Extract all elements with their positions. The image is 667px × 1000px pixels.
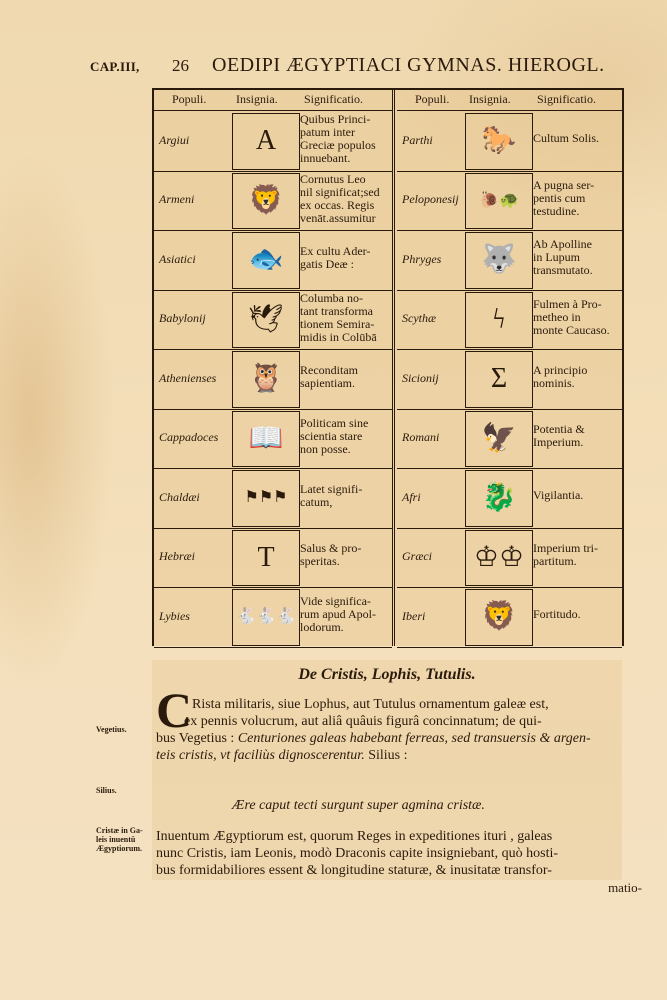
table-row: Phryges🐺Ab Apollinein Lupumtransmutato.: [397, 230, 622, 291]
section-title: De Cristis, Lophis, Tutulis.: [152, 666, 622, 684]
horse-icon: 🐎: [465, 113, 533, 170]
insignia-glyph: 🐎: [482, 127, 517, 155]
significatio-line: innuebant.: [300, 152, 376, 165]
text-line: Rista militaris, siue Lophus, aut Tutulu…: [192, 696, 622, 713]
significatio-line: speritas.: [300, 555, 361, 568]
insignia-glyph: ϟ: [493, 306, 506, 334]
tripartite-crowns-icon: ♔♔: [465, 530, 533, 587]
insignia-glyph: T: [257, 544, 274, 572]
insignia-glyph: 🦁: [249, 187, 284, 215]
significatio-line: Fortitudo.: [533, 608, 581, 621]
table-row: Athenienses🦉Reconditamsapientiam.: [154, 349, 392, 410]
horned-lion-icon: 🦁: [232, 173, 300, 230]
tau-letter-T-icon: T: [232, 530, 300, 587]
populi-name: Phryges: [402, 252, 441, 267]
table-row: Peloponesij🐌🐢A pugna ser-pentis cumtestu…: [397, 171, 622, 232]
col-header-insignia: Insignia.: [236, 92, 278, 107]
significatio-line: scientia stare: [300, 430, 368, 443]
three-hares-icon: 🐇🐇🐇: [232, 589, 300, 646]
populi-name: Lybies: [159, 609, 190, 624]
silius-label: Silius :: [368, 748, 407, 763]
insignia-glyph: ⚑⚑⚑: [244, 490, 287, 506]
insignia-glyph: 🕊: [248, 306, 284, 334]
table-row: Romani🦅Potentia &Imperium.: [397, 409, 622, 470]
insignia-glyph: 🐟: [249, 246, 284, 274]
paragraph-1: Rista militaris, siue Lophus, aut Tutulu…: [192, 696, 622, 730]
table-row: Parthi🐎Cultum Solis.: [397, 111, 622, 172]
double-headed-eagle-icon: 🦅: [465, 411, 533, 468]
significatio-text: Ex cultu Ader-gatis Deæ :: [300, 245, 370, 271]
col-header-significatio: Significatio.: [304, 92, 363, 107]
significatio-text: Vigilantia.: [533, 489, 583, 502]
insignia-glyph: ♔♔: [474, 544, 524, 572]
insignia-glyph: 🦉: [249, 365, 284, 393]
margin-note-silius: Silius.: [96, 786, 117, 795]
col-header-significatio: Significatio.: [537, 92, 596, 107]
significatio-line: sapientiam.: [300, 377, 358, 390]
vegetius-quote: Centuriones galeas habebant ferreas, sed…: [238, 731, 591, 746]
dragon-icon: 🐉: [465, 470, 533, 527]
insignia-table: Populi. Insignia. Significatio. ArgiuiAQ…: [152, 88, 624, 646]
col-header-populi: Populi.: [415, 92, 449, 107]
significatio-line: testudine.: [533, 205, 594, 218]
significatio-text: Ab Apollinein Lupumtransmutato.: [533, 238, 593, 277]
shield-letter-A-icon: A: [232, 113, 300, 170]
insignia-glyph: 🐺: [482, 246, 517, 274]
silius-verse: Ære caput tecti surgunt super agmina cri…: [232, 798, 485, 814]
paragraph-2: Inuentum Ægyptiorum est, quorum Reges in…: [156, 828, 618, 879]
insignia-glyph: 📖: [249, 425, 284, 453]
significatio-line: Cornutus Leo: [300, 173, 380, 186]
insignia-glyph: A: [256, 127, 276, 155]
table-right-half: Populi. Insignia. Significatio. Parthi🐎C…: [397, 90, 624, 646]
populi-name: Asiatici: [159, 252, 196, 267]
significatio-line: transmutato.: [533, 264, 593, 277]
table-row: ScythæϟFulmen à Pro-metheo inmonte Cauca…: [397, 290, 622, 351]
significatio-text: Reconditamsapientiam.: [300, 364, 358, 390]
insignia-glyph: 🦁: [482, 603, 517, 631]
table-header: Populi. Insignia. Significatio.: [397, 90, 622, 111]
open-book-icon: 📖: [232, 411, 300, 468]
populi-name: Peloponesij: [402, 192, 459, 207]
margin-note-invention: Cristæ in Ga- leis inuentū Ægyptiorum.: [96, 826, 143, 853]
significatio-line: nominis.: [533, 377, 587, 390]
significatio-line: venāt.assumitur: [300, 212, 380, 225]
populi-name: Hebræi: [159, 549, 195, 564]
table-row: Babylonij🕊Columba no-tant transformation…: [154, 290, 392, 351]
sigma-letter-icon: Σ: [465, 351, 533, 408]
significatio-text: Fortitudo.: [533, 608, 581, 621]
insignia-glyph: Σ: [491, 365, 507, 393]
table-row: Iberi🦁Fortitudo.: [397, 587, 622, 648]
significatio-text: Potentia &Imperium.: [533, 423, 585, 449]
significatio-line: A principio: [533, 364, 587, 377]
table-row: Chaldæi⚑⚑⚑Latet signifi-catum,: [154, 468, 392, 529]
populi-name: Afri: [402, 490, 421, 505]
page-number: 26: [172, 56, 189, 76]
significatio-text: Fulmen à Pro-metheo inmonte Caucaso.: [533, 298, 610, 337]
table-row: SicionijΣA principionominis.: [397, 349, 622, 410]
significatio-line: Fulmen à Pro-: [533, 298, 610, 311]
insignia-glyph: 🐇🐇🐇: [236, 609, 296, 625]
significatio-text: Latet signifi-catum,: [300, 483, 362, 509]
margin-note-line: Ægyptiorum.: [96, 844, 143, 853]
running-title: OEDIPI ÆGYPTIACI GYMNAS. HIEROGL.: [212, 54, 605, 77]
significatio-line: tant transforma: [300, 305, 377, 318]
three-axes-icon: ⚑⚑⚑: [232, 470, 300, 527]
significatio-line: Latet signifi-: [300, 483, 362, 496]
table-header: Populi. Insignia. Significatio.: [154, 90, 392, 111]
significatio-line: metheo in: [533, 311, 610, 324]
dove-icon: 🕊: [232, 292, 300, 349]
significatio-text: Columba no-tant transformationem Semira-…: [300, 292, 377, 344]
significatio-text: A pugna ser-pentis cumtestudine.: [533, 179, 594, 218]
table-row: Afri🐉Vigilantia.: [397, 468, 622, 529]
significatio-line: Reconditam: [300, 364, 358, 377]
significatio-text: Quibus Princi-patum interGreciæ populosi…: [300, 113, 376, 165]
text-line: bus formidabiliores essent & longitudine…: [156, 862, 618, 879]
significatio-line: lodorum.: [300, 621, 376, 634]
lightning-bolt-icon: ϟ: [465, 292, 533, 349]
significatio-line: partitum.: [533, 555, 598, 568]
table-row: Græci♔♔Imperium tri-partitum.: [397, 528, 622, 589]
table-row: Armeni🦁Cornutus Leonil significat;sedex …: [154, 171, 392, 232]
populi-name: Iberi: [402, 609, 425, 624]
populi-name: Armeni: [159, 192, 194, 207]
significatio-text: A principionominis.: [533, 364, 587, 390]
significatio-line: gatis Deæ :: [300, 258, 370, 271]
margin-note-line: Cristæ in Ga-: [96, 826, 143, 835]
significatio-line: Imperium.: [533, 436, 585, 449]
populi-name: Parthi: [402, 133, 433, 148]
significatio-text: Salus & pro-speritas.: [300, 542, 361, 568]
text-line: nunc Cristis, iam Leonis, modò Draconis …: [156, 845, 618, 862]
running-head: CAP.III, 26 OEDIPI ÆGYPTIACI GYMNAS. HIE…: [90, 56, 610, 80]
significatio-line: Vigilantia.: [533, 489, 583, 502]
significatio-line: tionem Semira-: [300, 318, 377, 331]
significatio-text: Cultum Solis.: [533, 132, 599, 145]
significatio-line: A pugna ser-: [533, 179, 594, 192]
significatio-text: Imperium tri-partitum.: [533, 542, 598, 568]
insignia-glyph: 🦅: [482, 425, 517, 453]
text-line: ex pennis volucrum, aut aliâ quâuis figu…: [184, 713, 622, 730]
significatio-line: Cultum Solis.: [533, 132, 599, 145]
section-text: De Cristis, Lophis, Tutulis. C Rista mil…: [152, 660, 622, 880]
table-row: HebræiTSalus & pro-speritas.: [154, 528, 392, 589]
significatio-line: non posse.: [300, 443, 368, 456]
significatio-line: Ex cultu Ader-: [300, 245, 370, 258]
snail-and-tortoise-icon: 🐌🐢: [465, 173, 533, 230]
significatio-line: catum,: [300, 496, 362, 509]
table-left-half: Populi. Insignia. Significatio. ArgiuiAQ…: [154, 90, 395, 646]
margin-note-line: leis inuentū: [96, 835, 143, 844]
significatio-line: nil significat;sed: [300, 186, 380, 199]
text-line: bus Vegetius :: [156, 731, 234, 746]
table-row: Cappadoces📖Politicam sinescientia staren…: [154, 409, 392, 470]
significatio-line: Columba no-: [300, 292, 377, 305]
chapter-label: CAP.III,: [90, 59, 140, 75]
wolf-icon: 🐺: [465, 232, 533, 289]
populi-name: Cappadoces: [159, 430, 218, 445]
vegetius-quote: teis cristis, vt faciliùs dignoscerentur…: [156, 748, 365, 763]
significatio-line: Politicam sine: [300, 417, 368, 430]
significatio-line: pentis cum: [533, 192, 594, 205]
insignia-glyph: 🐌🐢: [479, 193, 519, 209]
significatio-text: Vide significa-rum apud Apol-lodorum.: [300, 595, 376, 634]
populi-name: Romani: [402, 430, 439, 445]
significatio-line: monte Caucaso.: [533, 324, 610, 337]
significatio-line: ex occas. Regis: [300, 199, 380, 212]
lion-icon: 🦁: [465, 589, 533, 646]
table-row: Lybies🐇🐇🐇Vide significa-rum apud Apol-lo…: [154, 587, 392, 648]
col-header-populi: Populi.: [172, 92, 206, 107]
populi-name: Chaldæi: [159, 490, 200, 505]
margin-note-vegetius: Vegetius.: [96, 725, 127, 734]
populi-name: Sicionij: [402, 371, 439, 386]
significatio-text: Cornutus Leonil significat;sedex occas. …: [300, 173, 380, 225]
text-line: Inuentum Ægyptiorum est, quorum Reges in…: [156, 828, 618, 845]
catchword: matio-: [608, 880, 642, 896]
populi-name: Athenienses: [159, 371, 216, 386]
table-row: Asiatici🐟Ex cultu Ader-gatis Deæ :: [154, 230, 392, 291]
significatio-line: midis in Colūbā: [300, 331, 377, 344]
col-header-insignia: Insignia.: [469, 92, 511, 107]
owl-icon: 🦉: [232, 351, 300, 408]
populi-name: Babylonij: [159, 311, 206, 326]
significatio-text: Politicam sinescientia starenon posse.: [300, 417, 368, 456]
table-row: ArgiuiAQuibus Princi-patum interGreciæ p…: [154, 111, 392, 172]
populi-name: Græci: [402, 549, 432, 564]
fish-icon: 🐟: [232, 232, 300, 289]
populi-name: Scythæ: [402, 311, 436, 326]
populi-name: Argiui: [159, 133, 189, 148]
insignia-glyph: 🐉: [482, 484, 517, 512]
paragraph-1-cont: bus Vegetius : Centuriones galeas habeba…: [156, 730, 618, 764]
